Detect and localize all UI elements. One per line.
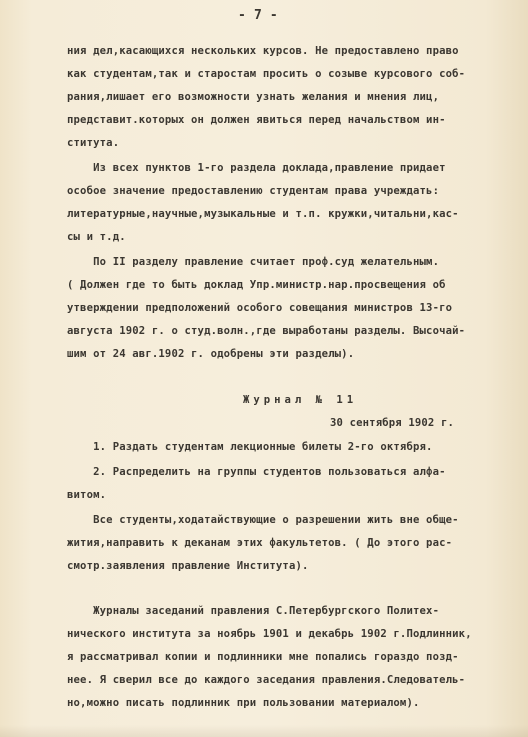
text-line: Все студенты,ходатайствующие о разрешени…: [67, 514, 459, 526]
text-line: рания,лишает его возможности узнать жела…: [67, 91, 439, 103]
text-line: жития,направить к деканам этих факультет…: [67, 537, 452, 549]
document-page: - 7 - ния дел,касающихся нескольких курс…: [0, 0, 528, 737]
text-line: ния дел,касающихся нескольких курсов. Не…: [67, 45, 459, 57]
journal-date: 30 сентября 1902 г.: [330, 417, 454, 429]
note-line: но,можно писать подлинник при пользовани…: [67, 697, 420, 709]
text-line: литературные,научные,музыкальные и т.п. …: [67, 208, 459, 220]
text-line: августа 1902 г. о студ.волн.,где выработ…: [67, 325, 465, 337]
text-line: утверждении предположений особого совеща…: [67, 302, 452, 314]
list-item: 1. Раздать студентам лекционные билеты 2…: [67, 441, 433, 453]
text-line: По II разделу правление считает проф.суд…: [67, 256, 439, 268]
text-line: Из всех пунктов 1-го раздела доклада,пра…: [67, 162, 446, 174]
text-line: смотр.заявления правление Института).: [67, 560, 309, 572]
text-line: шим от 24 авг.1902 г. одобрены эти разде…: [67, 348, 354, 360]
note-line: Журналы заседаний правления С.Петербургс…: [67, 605, 439, 617]
text-line: витом.: [67, 489, 106, 501]
text-line: как студентам,так и старостам просить о …: [67, 68, 465, 80]
note-line: нического института за ноябрь 1901 и дек…: [67, 628, 472, 640]
text-line: особое значение предоставлению студентам…: [67, 185, 439, 197]
journal-title: Журнал № 11: [243, 394, 357, 406]
page-number: - 7 -: [238, 8, 278, 23]
note-line: я рассматривал копии и подлинники мне по…: [67, 651, 459, 663]
text-line: представит.которых он должен явиться пер…: [67, 114, 446, 126]
note-line: нее. Я сверил все до каждого заседания п…: [67, 674, 465, 686]
text-line: ститута.: [67, 137, 119, 149]
text-line: сы и т.д.: [67, 231, 126, 243]
list-item: 2. Распределить на группы студентов поль…: [67, 466, 446, 478]
text-line: ( Должен где то быть доклад Упр.министр.…: [67, 279, 446, 291]
